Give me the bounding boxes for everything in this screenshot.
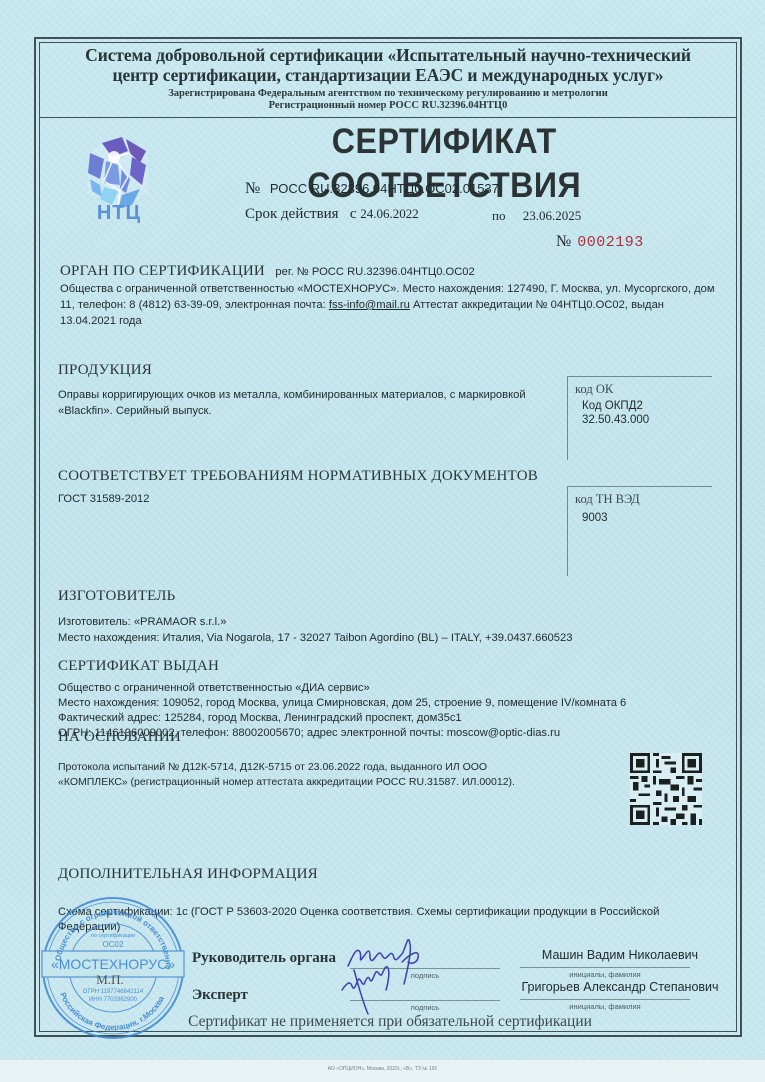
certification-body-details: Общества с ограниченной ответственностью… [60,281,720,329]
conformity-heading: СООТВЕТСТВУЕТ ТРЕБОВАНИЯМ НОРМАТИВНЫХ ДО… [58,468,538,485]
okpd2-code-box: код ОК Код ОКПД2 32.50.43.000 [567,376,712,460]
basis-heading: НА ОСНОВАНИИ [58,729,181,746]
stamp-inn: ИНН 7703362900 [89,997,138,1003]
blank-number-sign: № [556,233,571,250]
certification-body-reg-no: рег. № РОСС RU.32396.04НТЦ0.ОС02 [275,266,474,278]
test-lab-line: «КОМПЛЕКС» (регистрационный номер аттест… [58,775,578,790]
certification-body-email-link[interactable]: fss-info@mail.ru [329,299,410,311]
number-sign: № [245,180,260,197]
certificate-number: РОСС RU.32396.04НТЦ0.ОС02.01537 [270,181,499,196]
manufacturer-heading: ИЗГОТОВИТЕЛЬ [58,588,175,605]
registration-number-line: Регистрационный номер РОСС RU.32396.04НТ… [40,100,736,112]
tn-ved-code-box: код ТН ВЭД 9003 [567,486,712,576]
blank-number-row: № 0002193 [556,233,644,251]
expert-label: Эксперт [192,987,248,1004]
validity-row: Срок действия с 24.06.2022 [245,206,419,223]
applicant-name: Общество с ограниченной ответственностью… [58,681,738,696]
blank-serial-number: 0002193 [577,234,644,251]
head-of-body-label: Руководитель органа [192,950,336,967]
head-of-body-name: Машин Вадим Николаевич [520,948,720,962]
manufacturer-address: Место нахождения: Италия, Via Nogarola, … [58,630,728,646]
tn-ved-code-heading: код ТН ВЭД [575,492,640,507]
certification-system-title: Система добровольной сертификации «Испыт… [40,45,736,85]
system-title-line-1: Система добровольной сертификации «Испыт… [40,45,736,65]
issued-to-heading: СЕРТИФИКАТ ВЫДАН [58,658,219,675]
stamp-organization: «МОСТЕХНОРУС» [51,956,175,972]
valid-from-date: 24.06.2022 [360,206,419,221]
stamp-inner-small-text: по сертификации [91,933,135,939]
expert-name: Григорьев Александр Степанович [510,980,730,994]
certificate-number-row: № РОСС RU.32396.04НТЦ0.ОС02.01537 [245,180,499,198]
stamp-ogrn: ОГРН 1197746642114 [83,989,144,995]
applicant-legal-address: Место нахождения: 109052, город Москва, … [58,696,738,711]
system-title-line-2: центр сертификации, стандартизации ЕАЭС … [40,65,736,85]
certification-body-heading: ОРГАН ПО СЕРТИФИКАЦИИ [60,263,265,279]
expert-name-caption: инициалы, фамилия [520,1002,690,1011]
voluntary-certification-note: Сертификат не применяется при обязательн… [40,1013,740,1031]
head-name-line [520,967,690,968]
additional-info-heading: ДОПОЛНИТЕЛЬНАЯ ИНФОРМАЦИЯ [58,866,318,883]
okpd2-value: 32.50.43.000 [582,413,649,427]
from-label: с [350,206,357,222]
to-label: по [492,208,505,223]
valid-to-date: 23.06.2025 [523,208,582,223]
handwritten-signatures-icon [340,928,470,1023]
registered-by-line: Зарегистрирована Федеральным агентством … [40,88,736,100]
product-heading: ПРОДУКЦИЯ [58,362,152,379]
logo-text: НТЦ [80,202,158,225]
certification-body-heading-row: ОРГАН ПО СЕРТИФИКАЦИИ рег. № РОСС RU.323… [60,262,475,280]
tn-ved-code-value: 9003 [582,511,608,525]
manufacturer-details: Изготовитель: «PRAMAOR s.r.l.» Место нах… [58,614,728,646]
printer-imprint: АО «ОПЦИОН», Москва, 2022г., «В», ТЗ № 1… [200,1066,565,1072]
valid-to-row: по 23.06.2025 [492,208,581,224]
test-protocol-line: Протокола испытаний № Д12К-5714, Д12К-57… [58,760,578,775]
normative-document: ГОСТ 31589-2012 [58,491,150,507]
expert-name-line [520,999,690,1000]
validity-label: Срок действия [245,206,339,222]
stamp-code: ОС02 [103,940,124,949]
stamp-place-mark: М.П. [96,972,123,987]
applicant-actual-address: Фактический адрес: 125284, город Москва,… [58,711,738,726]
ok-code-heading: код ОК [575,382,613,397]
qr-code-icon[interactable] [630,752,702,826]
head-name-caption: инициалы, фамилия [520,970,690,979]
registration-info: Зарегистрирована Федеральным агентством … [40,88,736,112]
okpd2-label: Код ОКПД2 [582,399,649,413]
manufacturer-name: Изготовитель: «PRAMAOR s.r.l.» [58,614,728,630]
header-divider [39,117,737,118]
product-description: Оправы корригирующих очков из металла, к… [58,387,558,419]
basis-details: Протокола испытаний № Д12К-5714, Д12К-57… [58,760,578,790]
ok-code-value: Код ОКПД2 32.50.43.000 [582,399,649,427]
